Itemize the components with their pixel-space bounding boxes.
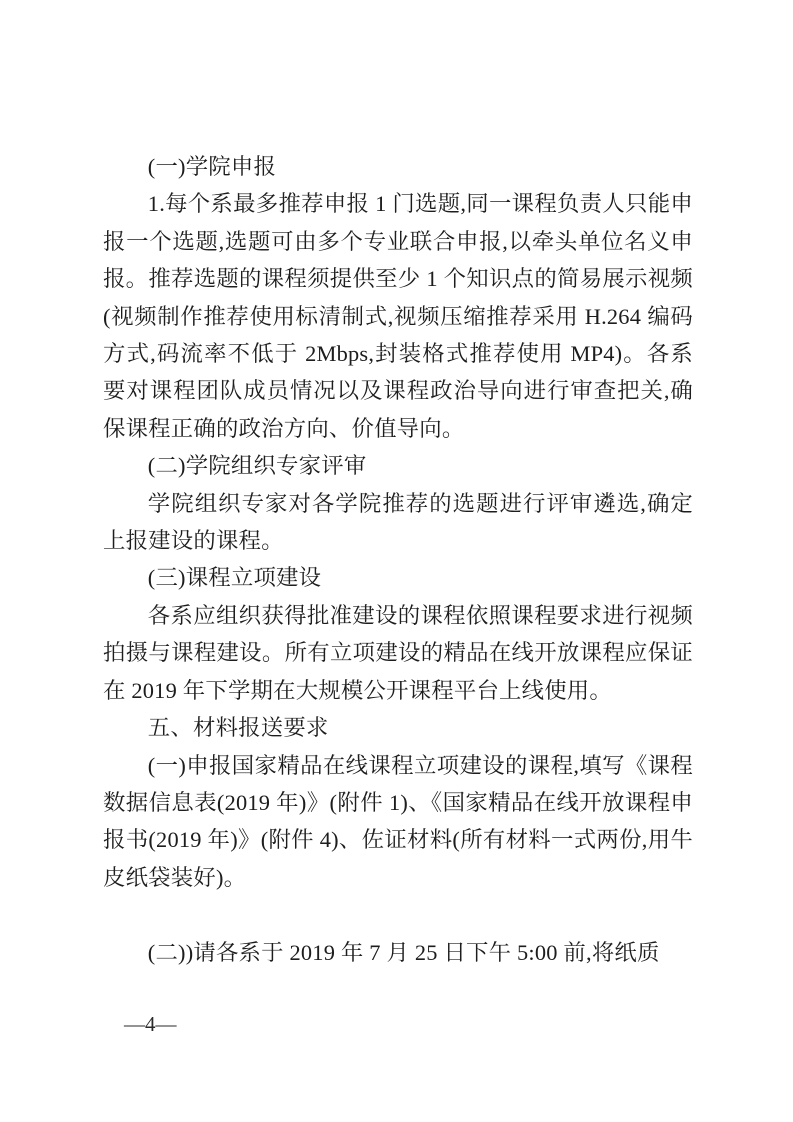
- paragraph: 1.每个系最多推荐申报 1 门选题,同一课程负责人只能申报一个选题,选题可由多个…: [103, 185, 693, 447]
- page-number: —4—: [124, 1012, 177, 1036]
- document-page: (一)学院申报 1.每个系最多推荐申报 1 门选题,同一课程负责人只能申报一个选…: [0, 0, 793, 1122]
- paragraph: 学院组织专家对各学院推荐的选题进行评审遴选,确定上报建设的课程。: [103, 485, 693, 560]
- paragraph: (二))请各系于 2019 年 7 月 25 日下午 5:00 前,将纸质: [103, 934, 693, 971]
- document-body: (一)学院申报 1.每个系最多推荐申报 1 门选题,同一课程负责人只能申报一个选…: [103, 148, 693, 971]
- section-heading: (三)课程立项建设: [103, 559, 693, 596]
- section-heading: (一)学院申报: [103, 148, 693, 185]
- paragraph: 各系应组织获得批准建设的课程依照课程要求进行视频拍摄与课程建设。所有立项建设的精…: [103, 597, 693, 709]
- section-heading: 五、材料报送要求: [103, 709, 693, 746]
- section-heading: (二)学院组织专家评审: [103, 447, 693, 484]
- paragraph: (一)申报国家精品在线课程立项建设的课程,填写《课程数据信息表(2019 年)》…: [103, 747, 693, 897]
